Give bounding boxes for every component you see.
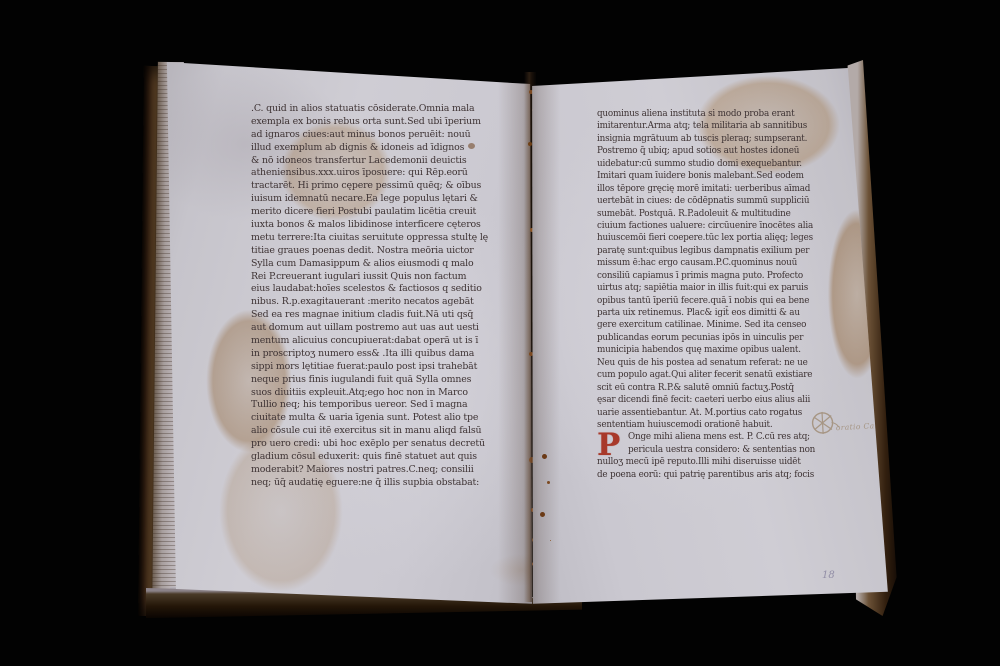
text-line: sippi mors lętitiae fuerat:paulo post ip… (251, 361, 513, 374)
left-page: .C. quid in alios statuatis cōsiderate.O… (156, 56, 532, 606)
text-line: illos tēpore gręcię morē imitati: uerber… (597, 183, 825, 195)
foxing-spots (542, 454, 547, 459)
left-page-text: .C. quid in alios statuatis cōsiderate.O… (251, 103, 513, 490)
rubricated-initial: P (597, 430, 620, 460)
text-line: iuxta bonos & malos libidinose interfice… (251, 219, 513, 232)
text-line: Neu quis de his postea ad senatum refera… (597, 357, 825, 369)
text-line: nibus. R.p.exagitauerant :merito necatos… (251, 296, 513, 309)
right-page-text: quominus aliena instituta si modo proba … (597, 108, 825, 481)
text-line: nulloʒ mecū ipē reputo.Illi mihi diserui… (597, 456, 825, 468)
text-line: mentum alicuius concupiuerat:dabat operā… (251, 335, 513, 348)
text-line: municipia habendos quę maxime opibus ual… (597, 344, 825, 356)
drop-cap-indented-lines: Onge mihi aliena mens est. P. C.cū res a… (597, 431, 825, 456)
text-line: iuisum idemnatū necare.Ea lege populus l… (251, 193, 513, 206)
text-line: insignia mgrātuum ab tuscis pleraq; sump… (597, 133, 825, 145)
text-line: missum ē:hac ergo causam.P.C.quominus no… (597, 257, 825, 269)
text-line: .C. quid in alios statuatis cōsiderate.O… (251, 103, 513, 116)
text-line: pericula uestra considero: & sententias … (597, 444, 825, 456)
text-line: publicandas eorum pecunias ipōs in uincu… (597, 332, 825, 344)
text-line: scit eū contra R.P.& salutē omniū factuʒ… (597, 382, 825, 394)
text-line: neq; ūq̄ audatię eguere:ne q̄ illis supb… (251, 477, 513, 490)
text-line: suos diuitiis expleuit.Atq;ego hoc non i… (251, 387, 513, 400)
text-line: eius laudabat:hoīes scelestos & factioso… (251, 283, 513, 296)
text-line: Sed ea res magnae initium cladis fuit.Nā… (251, 309, 513, 322)
text-line: in proscriptoʒ numero ess& .Ita illi qui… (251, 348, 513, 361)
text-line: neque prius finis iugulandi fuit quā Syl… (251, 374, 513, 387)
right-page-paragraph-2: P Onge mihi aliena mens est. P. C.cū res… (597, 431, 825, 481)
text-line: Postremo q̄ ubiq; apud sotios aut hostes… (597, 145, 825, 157)
right-page-paragraph-1: quominus aliena instituta si modo proba … (597, 108, 825, 431)
text-line: uidebatur:cū summo studio domi exequeban… (597, 158, 825, 170)
text-line: aut domum aut uillam postremo aut uas au… (251, 322, 513, 335)
text-line: exempla ex bonis rebus orta sunt.Sed ubi… (251, 116, 513, 129)
text-line: uarie assentiebantur. At. M.portius cato… (597, 407, 825, 419)
text-line: uirtus atq; sapiētia maior in illis fuit… (597, 282, 825, 294)
text-line: gere exercitum catilinae. Minime. Sed it… (597, 319, 825, 331)
marginalia-note: oratio Catonis (809, 403, 911, 456)
text-line: alio cōsule cui itē exercitus sit in man… (251, 425, 513, 438)
text-line: Imitari quam īuidere bonis malebant.Sed … (597, 170, 825, 182)
text-line: gladium cōsul eduxerit: quis finē statue… (251, 451, 513, 464)
paragraph-tail-lines: nulloʒ mecū ipē reputo.Illi mihi diserui… (597, 456, 825, 481)
text-line: uertebāt in ciues: de cōdēpnatis summū s… (597, 195, 825, 207)
text-line: opibus tantū īperiū fecere.quā ī nobis q… (597, 295, 825, 307)
text-line: merito dicere fieri Postubi paulatim lic… (251, 206, 513, 219)
text-line: paratę sunt:quibus legibus dampnatis exi… (597, 245, 825, 257)
text-line: Tullio neq; his temporibus uereor. Sed ī… (251, 399, 513, 412)
text-line: ciuium factiones ualuere: circūuenire īn… (597, 220, 825, 232)
text-line: pro uero credi: ubi hoc exēplo per senat… (251, 438, 513, 451)
text-line: Onge mihi aliena mens est. P. C.cū res a… (597, 431, 825, 443)
pencil-page-number: 18 (822, 570, 835, 581)
text-line: ciuitate multa & uaria īgenia sunt. Pote… (251, 412, 513, 425)
text-line: & nō idoneos transfertur Lacedemonii deu… (251, 155, 513, 168)
text-line: tractarēt. Hi primo cępere pessimū quēq;… (251, 180, 513, 193)
text-line: Sylla cum Damasippum & alios eiusmodi q … (251, 258, 513, 271)
text-line: atheniensibus.xxx.uiros īposuere: qui Rē… (251, 167, 513, 180)
text-line: sumebāt. Postquā. R.P.adoleuit & multitu… (597, 208, 825, 220)
text-line: imitarentur.Arma atq; tela militaria ab … (597, 120, 825, 132)
text-line: metu terrere:Ita ciuitas seruitute oppre… (251, 232, 513, 245)
text-line: parta uix retinemus. Plac& igit̄ eos dim… (597, 307, 825, 319)
text-line: Rei P.creuerant iugulari iussit Quis non… (251, 271, 513, 284)
text-line: cum populo agat.Qui aliter fecerit senat… (597, 369, 825, 381)
text-line: ad ignaros ciues:aut minus bonos peruēit… (251, 129, 513, 142)
text-line: illud exemplum ab dignis & idoneis ad īd… (251, 142, 513, 155)
text-line: moderabit? Maiores nostri patres.C.neq; … (251, 464, 513, 477)
book-photograph: .C. quid in alios statuatis cōsiderate.O… (0, 0, 1000, 666)
text-line: consiliū capiamus ī primis magna puto. P… (597, 270, 825, 282)
text-line: titiae graues poenas dedit. Nostra meōri… (251, 245, 513, 258)
text-line: ęsar dicendi finē fecit: caeteri uerbo e… (597, 394, 825, 406)
text-line: de poena eorū: qui patrię parentibus ari… (597, 469, 825, 481)
text-line: quominus aliena instituta si modo proba … (597, 108, 825, 120)
right-page: quominus aliena instituta si modo proba … (530, 62, 890, 607)
text-line: huiuscemōi fieri coepere.tūc lex portia … (597, 232, 825, 244)
text-line: sententiam huiuscemodi orationē habuit. (597, 419, 825, 431)
